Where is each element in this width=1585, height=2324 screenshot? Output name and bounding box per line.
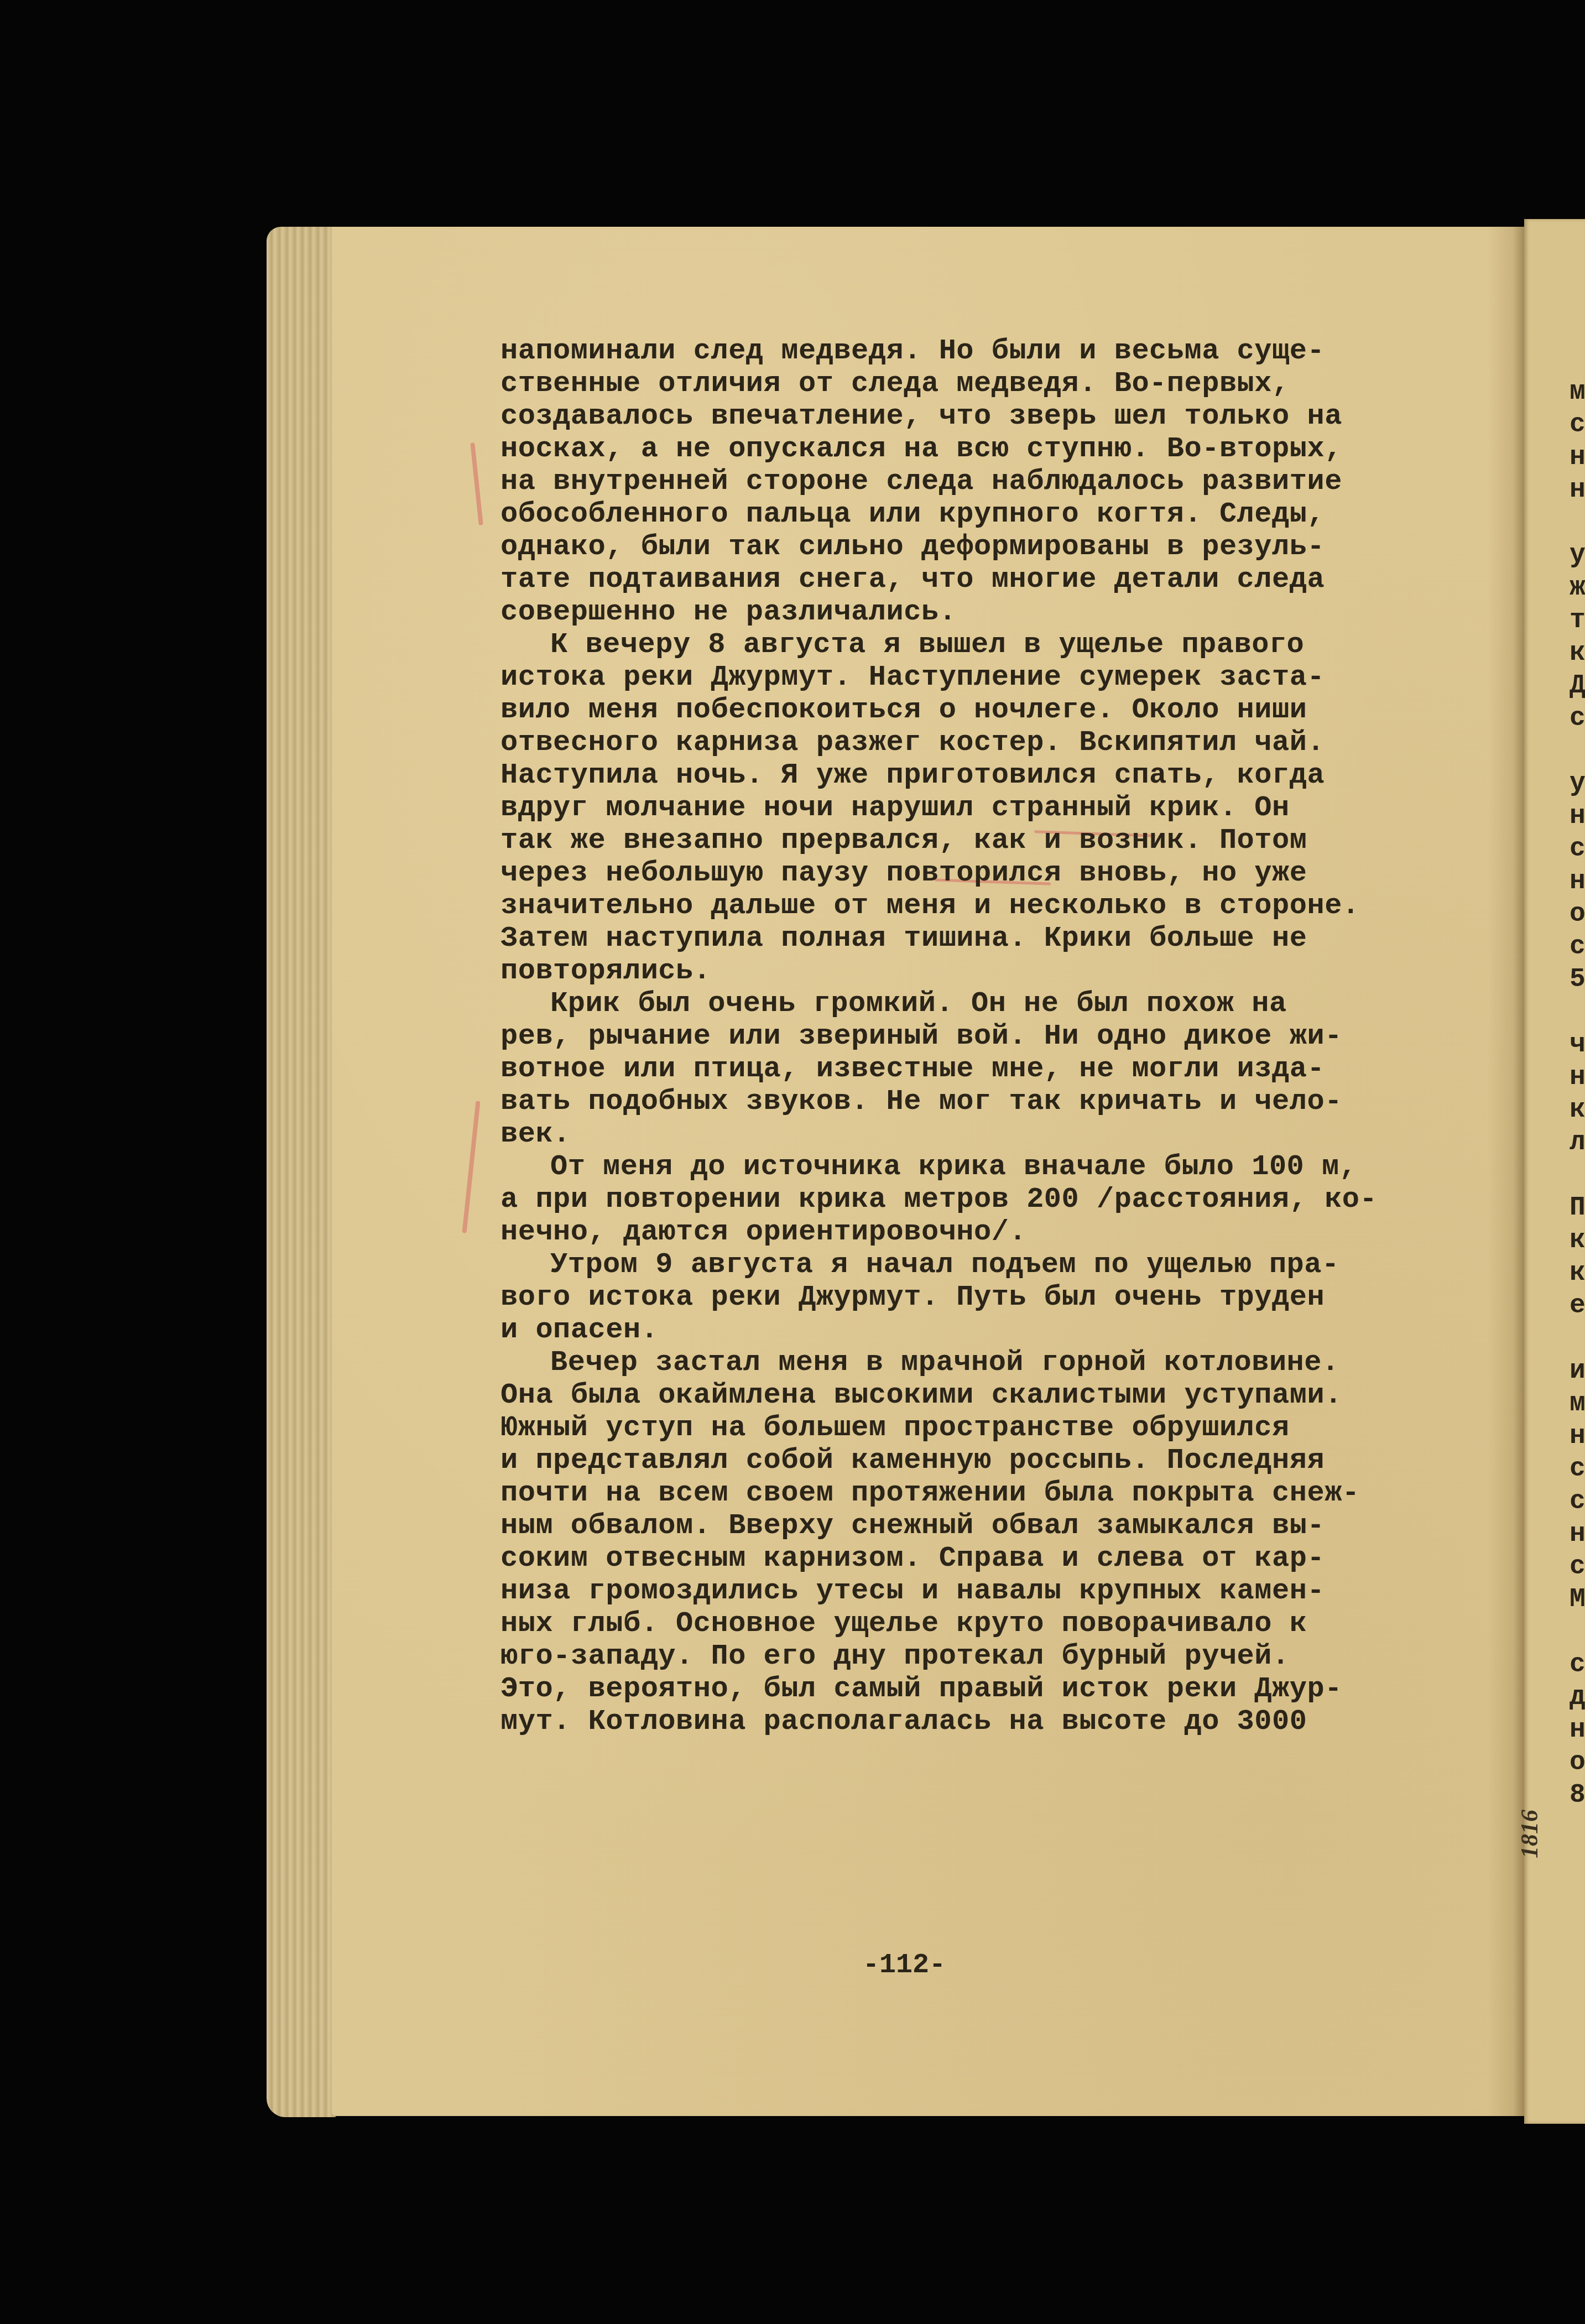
paragraph-start: Утром 9 августа я начал подъем по ущелью…	[500, 1248, 1452, 1281]
text-fragment: ч	[1570, 1029, 1585, 1061]
text-line: Южный уступ на большем пространстве обру…	[500, 1411, 1452, 1444]
text-line: создавалось впечатление, что зверь шел т…	[500, 400, 1452, 433]
text-line: мут. Котловина располагалась на высоте д…	[500, 1705, 1452, 1738]
text-line: нечно, даются ориентировочно/.	[500, 1216, 1452, 1248]
text-line: вотное или птица, известные мне, не могл…	[500, 1052, 1452, 1085]
text-line: обособленного пальца или крупного когтя.…	[500, 498, 1452, 530]
text-line: отвесного карниза разжег костер. Вскипят…	[500, 726, 1452, 759]
text-fragment: П	[1570, 1192, 1585, 1224]
page-stack-edge	[267, 227, 336, 2117]
text-line: а при повторении крика метров 200 /расст…	[500, 1183, 1452, 1216]
text-line: низа громоздились утесы и навалы крупных…	[500, 1575, 1452, 1607]
text-line: и представлял собой каменную россыпь. По…	[500, 1444, 1452, 1477]
text-fragment	[1570, 507, 1585, 539]
text-line: век.	[500, 1118, 1452, 1150]
text-fragment: М	[1570, 1583, 1585, 1616]
text-fragment: к	[1570, 1224, 1585, 1257]
typewritten-text: напоминали след медведя. Но были и весьм…	[500, 335, 1452, 1738]
text-line: вдруг молчание ночи нарушил странный кри…	[500, 791, 1452, 824]
text-fragment: с	[1570, 1551, 1585, 1583]
text-fragment: с	[1570, 702, 1585, 735]
text-line: вило меня побеспокоиться о ночлеге. Окол…	[500, 694, 1452, 726]
page-number: -112-	[863, 1950, 929, 1981]
text-fragment: л	[1570, 1127, 1585, 1159]
text-fragment: к	[1570, 637, 1585, 670]
text-line: истока реки Джурмут. Наступление сумерек…	[500, 661, 1452, 694]
text-fragment: н	[1570, 1420, 1585, 1453]
text-fragment: к	[1570, 1257, 1585, 1290]
text-line: через небольшую паузу повторился вновь, …	[500, 857, 1452, 889]
text-fragment: н	[1570, 1518, 1585, 1551]
text-fragment: с	[1570, 1453, 1585, 1486]
text-fragment: н	[1570, 474, 1585, 507]
text-line: ных глыб. Основное ущелье круто поворачи…	[500, 1607, 1452, 1640]
paragraph-start: Вечер застал меня в мрачной горной котло…	[500, 1346, 1452, 1379]
paragraph-start: К вечеру 8 августа я вышел в ущелье прав…	[500, 628, 1452, 661]
text-line: повторялись.	[500, 955, 1452, 987]
text-line: Она была окаймлена высокими скалистыми у…	[500, 1379, 1452, 1411]
text-fragment: е	[1570, 1290, 1585, 1322]
text-fragment: с	[1570, 833, 1585, 866]
text-fragment: н	[1570, 441, 1585, 474]
text-fragment: ж	[1570, 572, 1585, 605]
text-line: носках, а не опускался на всю ступню. Во…	[500, 433, 1452, 465]
text-fragment	[1570, 1322, 1585, 1355]
text-fragment: к	[1570, 1094, 1585, 1127]
text-fragment: д	[1570, 1681, 1585, 1714]
text-fragment: н	[1570, 866, 1585, 898]
text-line: напоминали след медведя. Но были и весьм…	[500, 335, 1452, 367]
text-fragment: н	[1570, 1714, 1585, 1747]
text-fragment: и	[1570, 1355, 1585, 1388]
text-fragment: м	[1570, 1388, 1585, 1420]
text-fragment	[1570, 996, 1585, 1029]
paragraph-start: Крик был очень громкий. Он не был похож …	[500, 987, 1452, 1020]
text-fragment: т	[1570, 605, 1585, 637]
text-line: Это, вероятно, был самый правый исток ре…	[500, 1672, 1452, 1705]
text-fragment	[1570, 735, 1585, 768]
text-line: тате подтаивания снега, что многие детал…	[500, 563, 1452, 596]
text-fragment: с	[1570, 931, 1585, 963]
text-line: Наступила ночь. Я уже приготовился спать…	[500, 759, 1452, 791]
text-fragment: с	[1570, 409, 1585, 441]
text-line: вать подобных звуков. Не мог так кричать…	[500, 1085, 1452, 1118]
text-fragment: у	[1570, 768, 1585, 800]
text-fragment: н	[1570, 1061, 1585, 1094]
text-fragment: с	[1570, 1649, 1585, 1681]
text-fragment: 5	[1570, 963, 1585, 996]
text-fragment: н	[1570, 800, 1585, 833]
text-line: совершенно не различались.	[500, 596, 1452, 628]
text-line: так же внезапно прервался, как и возник.…	[500, 824, 1452, 857]
text-line: рев, рычание или звериный вой. Ни одно д…	[500, 1020, 1452, 1052]
text-fragment	[1570, 1159, 1585, 1192]
text-fragment: Д	[1570, 670, 1585, 702]
text-line: однако, были так сильно деформированы в …	[500, 530, 1452, 563]
text-line: Затем наступила полная тишина. Крики бол…	[500, 922, 1452, 955]
text-line: соким отвесным карнизом. Справа и слева …	[500, 1542, 1452, 1575]
text-line: ственные отличия от следа медведя. Во-пе…	[500, 367, 1452, 400]
text-fragment: с	[1570, 1486, 1585, 1518]
paragraph-start: От меня до источника крика вначале было …	[500, 1150, 1452, 1183]
adjacent-page-text-fragments: м с н н у ж т к Д с у н с н о с 5 ч н к …	[1570, 376, 1585, 1812]
text-line: и опасен.	[500, 1314, 1452, 1346]
text-line: вого истока реки Джурмут. Путь был очень…	[500, 1281, 1452, 1314]
text-fragment: о	[1570, 898, 1585, 931]
archive-stamp-number: 1816	[1515, 1810, 1544, 1858]
text-fragment: 8	[1570, 1779, 1585, 1812]
text-fragment: о	[1570, 1747, 1585, 1779]
text-fragment: у	[1570, 539, 1585, 572]
text-line: на внутренней стороне следа наблюдалось …	[500, 465, 1452, 498]
text-line: ным обвалом. Вверху снежный обвал замыка…	[500, 1509, 1452, 1542]
text-line: почти на всем своем протяжении была покр…	[500, 1477, 1452, 1509]
text-line: юго-западу. По его дну протекал бурный р…	[500, 1640, 1452, 1672]
text-fragment: м	[1570, 376, 1585, 409]
text-line: значительно дальше от меня и несколько в…	[500, 889, 1452, 922]
text-fragment	[1570, 1616, 1585, 1649]
